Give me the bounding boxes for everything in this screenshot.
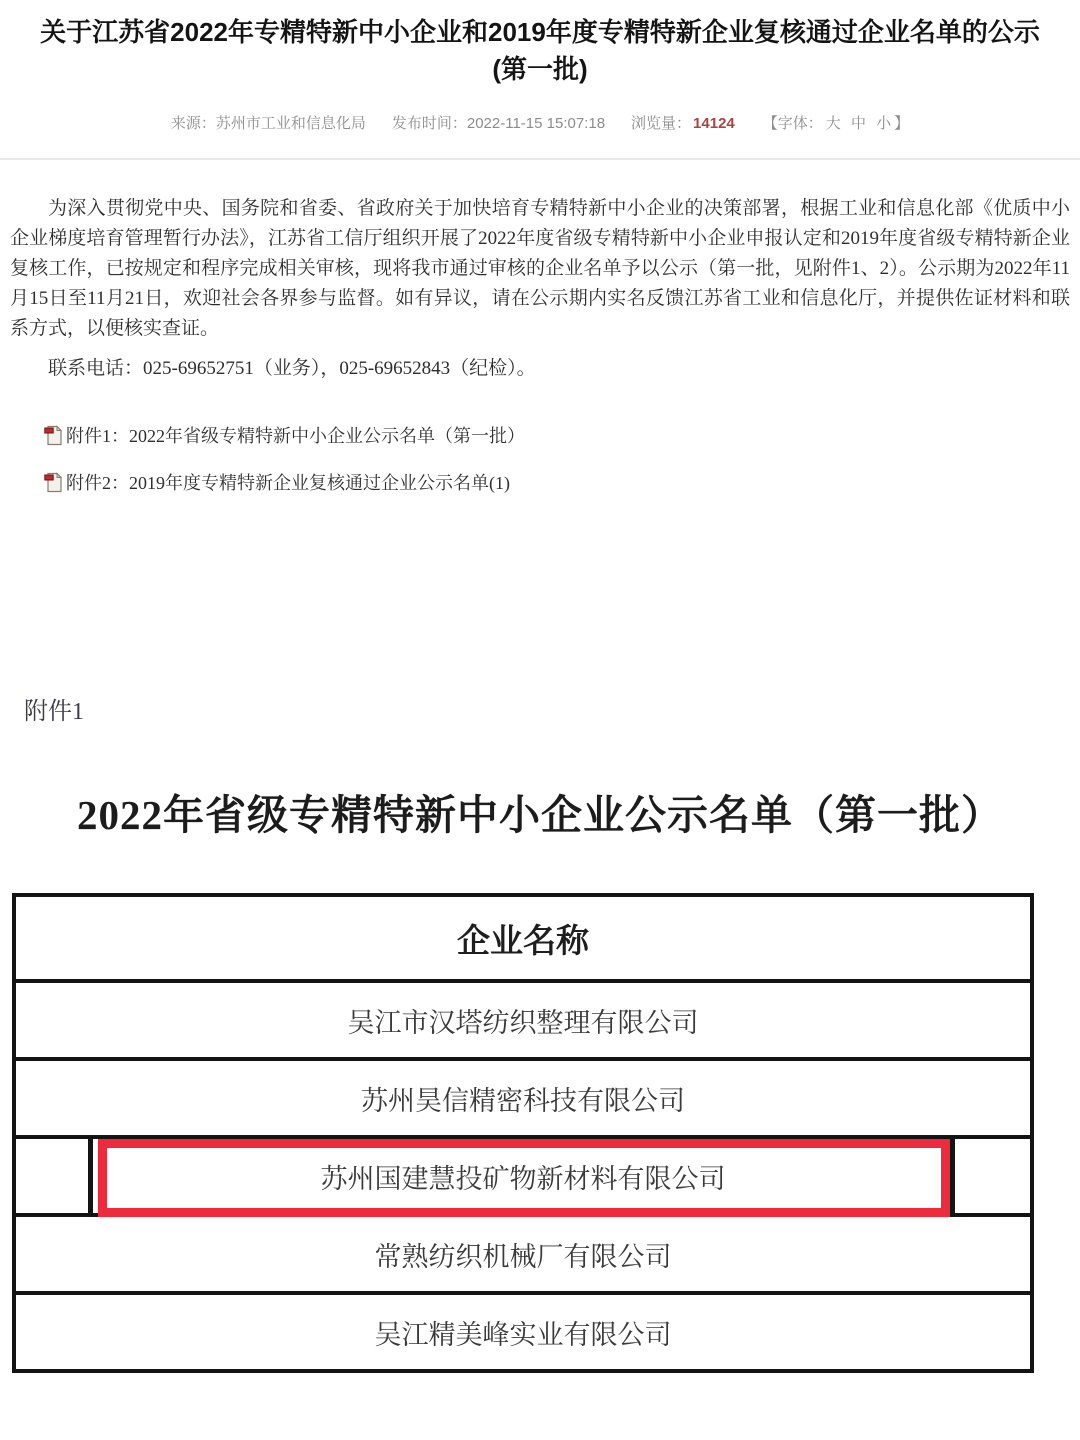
company-name: 吴江精美峰实业有限公司 <box>375 1313 672 1352</box>
attachment-label: 附件2：2019年度专精特新企业复核通过企业公示名单(1) <box>66 469 510 495</box>
attachment-file-icon <box>44 472 62 493</box>
table-row: 吴江精美峰实业有限公司 <box>16 1291 1030 1369</box>
font-size-small-button[interactable]: 小 <box>873 115 894 132</box>
attachment-link-1[interactable]: 附件1：2022年省级专精特新中小企业公示名单（第一批） <box>44 422 1070 448</box>
table-header-cell: 企业名称 <box>16 897 1030 979</box>
page-title: 关于江苏省2022年专精特新中小企业和2019年度专精特新企业复核通过企业名单的… <box>0 0 1080 88</box>
cell-divider-left <box>88 1135 93 1217</box>
company-name: 苏州昊信精密科技有限公司 <box>361 1079 685 1118</box>
page-title-line1: 关于江苏省2022年专精特新中小企业和2019年度专精特新企业复核通过企业名单的… <box>0 14 1080 51</box>
meta-views: 浏览量：14124 <box>631 112 737 133</box>
company-name: 吴江市汉塔纺织整理有限公司 <box>348 1001 699 1040</box>
announcement-page: 关于江苏省2022年专精特新中小企业和2019年度专精特新企业复核通过企业名单的… <box>0 0 1080 1440</box>
company-name: 常熟纺织机械厂有限公司 <box>375 1235 672 1274</box>
appendix-heading: 附件1 <box>0 691 1080 726</box>
page-title-line2: (第一批) <box>0 51 1080 88</box>
body-paragraph: 为深入贯彻党中央、国务院和省委、省政府关于加快培育专精特新中小企业的决策部署，根… <box>10 194 1070 344</box>
cell-divider-right <box>950 1135 955 1217</box>
header-divider <box>0 158 1080 160</box>
meta-source: 来源：苏州市工业和信息化局 <box>171 112 366 133</box>
article-body: 为深入贯彻党中央、国务院和省委、省政府关于加快培育专精特新中小企业的决策部署，根… <box>0 194 1080 495</box>
attachment-file-icon <box>44 425 62 446</box>
table-row-highlighted: 苏州国建慧投矿物新材料有限公司 <box>16 1135 1030 1213</box>
contact-line: 联系电话：025-69652751（业务），025-69652843（纪检）。 <box>10 354 1070 384</box>
font-size-large-button[interactable]: 大 <box>823 115 844 132</box>
company-table: 企业名称 吴江市汉塔纺织整理有限公司 苏州昊信精密科技有限公司 苏州国建慧投矿物… <box>12 893 1034 1373</box>
list-title: 2022年省级专精特新中小企业公示名单（第一批） <box>0 782 1080 841</box>
table-row: 吴江市汉塔纺织整理有限公司 <box>16 979 1030 1057</box>
table-row: 苏州昊信精密科技有限公司 <box>16 1057 1030 1135</box>
views-count: 14124 <box>691 115 737 132</box>
article-meta: 来源：苏州市工业和信息化局 发布时间：2022-11-15 15:07:18 浏… <box>0 112 1080 133</box>
attachment-list: 附件1：2022年省级专精特新中小企业公示名单（第一批） 附件2：2019年度专… <box>10 422 1070 495</box>
meta-publish-time: 发布时间：2022-11-15 15:07:18 <box>392 112 605 133</box>
font-size-medium-button[interactable]: 中 <box>848 115 869 132</box>
table-row: 常熟纺织机械厂有限公司 <box>16 1213 1030 1291</box>
attachment-label: 附件1：2022年省级专精特新中小企业公示名单（第一批） <box>66 422 525 448</box>
company-name: 苏州国建慧投矿物新材料有限公司 <box>321 1157 726 1196</box>
attachment-link-2[interactable]: 附件2：2019年度专精特新企业复核通过企业公示名单(1) <box>44 469 1070 495</box>
font-size-widget: 【字体：大 中 小】 <box>763 112 909 133</box>
